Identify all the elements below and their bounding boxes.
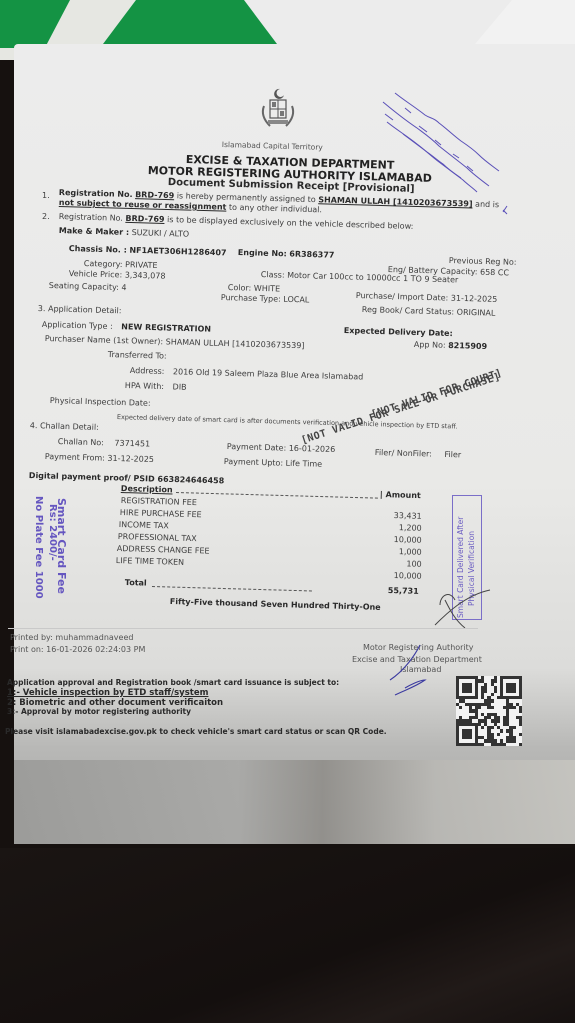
not-valid-for-sale-stamp: [NOT VALID FOR SALE OR PURCHASE] [300, 372, 502, 447]
purchase-date-value: 31-12-2025 [451, 294, 498, 304]
payment-from-label: Payment From: [45, 452, 105, 463]
registration-number: BRD-769 [135, 190, 174, 200]
total-label: Total [125, 578, 147, 588]
challan-no-value: 7371451 [114, 439, 150, 449]
capacity-value: 658 CC [480, 268, 509, 278]
total-value: 55,731 [388, 586, 419, 596]
total-dash-line [152, 586, 312, 591]
card-status-value: ORIGINAL [457, 308, 496, 318]
category-label: Category: [84, 259, 123, 269]
app-no-label: App No: [414, 340, 446, 350]
purchase-type-label: Purchase Type: [221, 293, 281, 304]
application-type-value: NEW REGISTRATION [121, 322, 211, 334]
seating-label: Seating Capacity: [49, 281, 119, 292]
seating-value: 4 [121, 283, 126, 292]
challan-no-label: Challan No: [58, 437, 104, 447]
officer-signature [380, 640, 440, 700]
purchaser-label: Purchaser Name (1st Owner): [45, 334, 164, 346]
make-label: Make & Maker : [59, 226, 129, 237]
purchase-date-label: Purchase/ Import Date: [356, 291, 449, 303]
condition-1: 1:- Vehicle inspection by ETD staff/syst… [7, 688, 208, 698]
delivery-note: Expected delivery date of smart card is … [117, 413, 458, 431]
payment-date-value: 16-01-2026 [289, 444, 336, 454]
application-section-heading: 3. Application Detail: [38, 304, 122, 315]
filer-label: Filer/ NonFiler: [375, 448, 432, 459]
purchaser-value: SHAMAN ULLAH [1410203673539] [166, 337, 305, 350]
app-no-value: 8215909 [448, 341, 487, 351]
amount-header: | Amount [380, 490, 421, 500]
clause-1-end: and is [475, 200, 499, 210]
class-label: Class: [261, 270, 285, 280]
smart-card-rs-stamp: Rs: 2400/- [47, 504, 58, 561]
clause-1-number: 1. [42, 191, 50, 200]
application-type-label: Application Type : [42, 320, 113, 331]
color-label: Color: [228, 283, 252, 293]
clause-1-line2-end: to any other individual. [229, 203, 322, 215]
hpa-label: HPA With: [125, 381, 164, 391]
receipt-content: Islamabad Capital Territory EXCISE & TAX… [0, 0, 575, 1023]
category-value: PRIVATE [125, 260, 158, 270]
address-value: 2016 Old 19 Saleem Plaza Blue Area Islam… [173, 367, 364, 381]
signature-mark [430, 580, 500, 630]
clause-2-number: 2. [42, 212, 50, 221]
hpa-value: DIB [172, 382, 186, 391]
payment-from-value: 31-12-2025 [107, 454, 154, 464]
transferred-label: Transferred To: [108, 350, 167, 361]
registration-number-2: BRD-769 [125, 214, 164, 224]
header-dash-line [176, 492, 378, 499]
territory-label: Islamabad Capital Territory [222, 140, 323, 152]
printed-by: Printed by: muhammadnaveed [10, 633, 133, 642]
visit-website-note: Please visit islamabadexcise.gov.pk to c… [5, 727, 387, 736]
description-header: Description [121, 484, 173, 494]
chassis-label: Chassis No. : [69, 244, 127, 255]
make-value: SUZUKI / ALTO [132, 228, 190, 239]
total-in-words: Fifty-Five thousand Seven Hundred Thirty… [170, 597, 381, 612]
expected-delivery-label: Expected Delivery Date: [344, 326, 453, 338]
printed-on: Print on: 16-01-2026 02:24:03 PM [10, 645, 145, 654]
engine-label: Engine No: [238, 248, 287, 258]
payment-upto-value: Life Time [286, 459, 323, 469]
clause-2-prefix: Registration No. [59, 212, 123, 223]
inspection-label: Physical Inspection Date: [50, 396, 151, 408]
filer-value: Filer [444, 450, 461, 459]
price-label: Vehicle Price: [69, 269, 123, 279]
state-emblem-icon [258, 86, 298, 130]
payment-date-label: Payment Date: [227, 442, 287, 453]
footer-divider [8, 628, 478, 629]
qr-code[interactable] [456, 676, 522, 746]
challan-section-heading: 4. Challan Detail: [30, 421, 99, 432]
price-value: 3,343,078 [125, 271, 166, 281]
card-status-label: Reg Book/ Card Status: [362, 305, 455, 317]
address-label: Address: [130, 366, 165, 376]
payment-upto-label: Payment Upto: [224, 457, 283, 468]
color-value: WHITE [254, 284, 280, 294]
chassis-value: NF1AET306H1286407 [129, 246, 226, 258]
conditions-header: Application approval and Registration bo… [7, 678, 339, 687]
plate-fee-stamp: No Plate Fee 1000 [33, 496, 44, 599]
condition-3: 3:- Approval by motor registering author… [7, 707, 191, 716]
previous-reg-label: Previous Reg No: [449, 256, 517, 267]
engine-value: 6R386377 [289, 249, 334, 259]
purchase-type-value: LOCAL [283, 295, 309, 305]
